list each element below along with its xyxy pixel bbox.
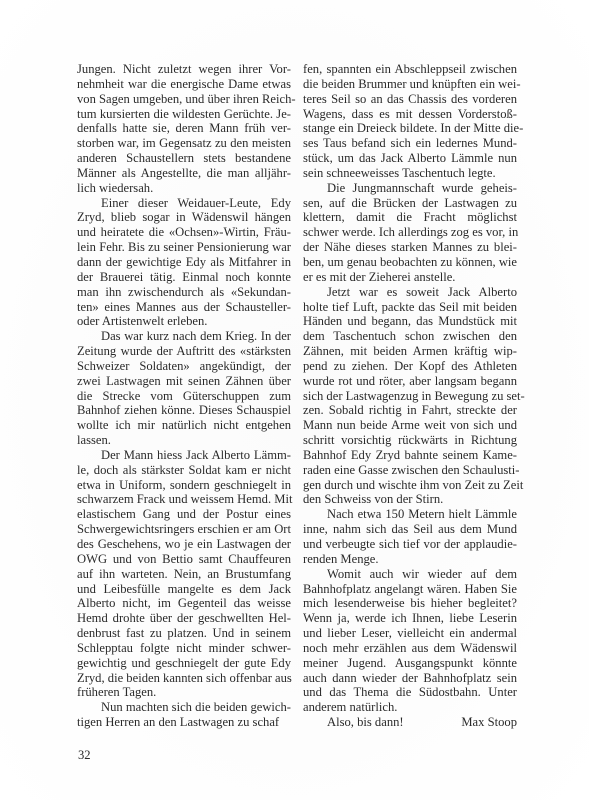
text-line: zwei Lastwagen mit seinen Zähnen über xyxy=(77,374,291,389)
text-line: die beiden Brummer und knüpften ein wei- xyxy=(303,77,517,92)
paragraph-first-line: Die Jungmannschaft wurde geheis- xyxy=(303,181,517,196)
closing-text: Also, bis dann! xyxy=(303,715,404,730)
left-text-column: Jungen. Nicht zuletzt wegen ihrer Vor-ne… xyxy=(77,62,291,730)
text-line: man ihn zwischendurch als «Sekundan- xyxy=(77,285,291,300)
text-line: raden eine Gasse zwischen den Schaulusti… xyxy=(303,463,517,478)
text-line: von Sagen umgeben, und über ihren Reich- xyxy=(77,92,291,107)
author-name: Max Stoop xyxy=(461,715,517,730)
text-line: noch mehr erzählen aus dem Wädenswil xyxy=(303,641,517,656)
text-line: tigen Herren an den Lastwagen zu schaf xyxy=(77,715,291,730)
text-line: teres Seil so an das Chassis des vordere… xyxy=(303,92,517,107)
text-line: lein Fehr. Bis zu seiner Pensionierung w… xyxy=(77,240,291,255)
text-line: und heiratete die «Ochsen»-Wirtin, Fräu- xyxy=(77,225,291,240)
text-line: und lieber Leser, vielleicht ein anderma… xyxy=(303,626,517,641)
text-line: Hemd drohte über der geschwellten Hel- xyxy=(77,611,291,626)
text-line: und verbeugte sich tief vor der applaudi… xyxy=(303,537,517,552)
text-line: Schwergewichtsringers erschien er am Ort xyxy=(77,522,291,537)
text-line: der Brauerei tätig. Einmal noch konnte xyxy=(77,270,291,285)
text-line: wollte ich mir natürlich nicht entgehen xyxy=(77,418,291,433)
text-line: Alberto nicht, im Gegenteil das weisse xyxy=(77,596,291,611)
text-line: Zryd, die beiden kannten sich offenbar a… xyxy=(77,671,291,686)
text-line: Händen und begann, das Mundstück mit xyxy=(303,314,517,329)
text-line: Zähnen, mit beiden Armen kräftig wip- xyxy=(303,344,517,359)
text-line: ten» eines Mannes aus der Schausteller- xyxy=(77,300,291,315)
text-line: klettern, damit die Fracht möglichst xyxy=(303,210,517,225)
text-line: und das Thema die Südostbahn. Unter xyxy=(303,685,517,700)
text-line: schwer werde. Ich allerdings zog es vor,… xyxy=(303,225,517,240)
text-line: storben war, im Gegensatz zu den meisten xyxy=(77,136,291,151)
text-line: dem Taschentuch schon zwischen den xyxy=(303,329,517,344)
text-line: mich lesenderweise bis hieher begleitet? xyxy=(303,596,517,611)
text-line: elastischem Gang und der Postur eines xyxy=(77,507,291,522)
text-line: denbrust fast zu platzen. Und in seinem xyxy=(77,626,291,641)
text-line: le, doch als stärkster Soldat kam er nic… xyxy=(77,463,291,478)
text-line: Wagens, dass es mit dessen Vorderstoß- xyxy=(303,107,517,122)
paragraph-first-line: Der Mann hiess Jack Alberto Lämm- xyxy=(77,448,291,463)
text-line: den Schweiss von der Stirn. xyxy=(303,492,517,507)
text-line: renden Menge. xyxy=(303,552,517,567)
text-line: lich wiedersah. xyxy=(77,181,291,196)
text-line: ben, um genau beobachten zu können, wie xyxy=(303,255,517,270)
text-line: Wenn ja, werde ich Ihnen, liebe Leserin xyxy=(303,611,517,626)
paragraph-first-line: Womit auch wir wieder auf dem xyxy=(303,567,517,582)
text-line: Zeitung wurde der Auftritt des «stärkste… xyxy=(77,344,291,359)
text-line: er es mit der Zieherei anstelle. xyxy=(303,270,517,285)
text-line: auf ihn warteten. Nein, an Brustumfang xyxy=(77,567,291,582)
text-line: stück, um das Jack Alberto Lämmle nun xyxy=(303,151,517,166)
text-line: OWG und von Bettio samt Chauffeuren xyxy=(77,552,291,567)
text-line: gen durch und wischte ihm von Zeit zu Ze… xyxy=(303,478,517,493)
text-line: früheren Tagen. xyxy=(77,685,291,700)
text-line: nehmheit war die energische Dame etwas xyxy=(77,77,291,92)
text-line: Bahnhofplatz angelangt wären. Haben Sie xyxy=(303,582,517,597)
text-line: meiner Jugend. Ausgangspunkt könnte xyxy=(303,656,517,671)
text-line: Bahnhof Edy Zryd bahnte seinem Kame- xyxy=(303,448,517,463)
text-line: Männer als Angestellte, die man alljähr- xyxy=(77,166,291,181)
paragraph-first-line: Nach etwa 150 Metern hielt Lämmle xyxy=(303,507,517,522)
text-line: zen. Sobald richtig in Fahrt, streckte d… xyxy=(303,403,517,418)
text-line: der Nähe dieses starken Mannes zu blei- xyxy=(303,240,517,255)
paragraph-first-line: Jetzt war es soweit Jack Alberto xyxy=(303,285,517,300)
text-line: oder Artistenwelt erleben. xyxy=(77,314,291,329)
paragraph-first-line: Das war kurz nach dem Krieg. In der xyxy=(77,329,291,344)
text-line: wurde rot und röter, aber langsam begann xyxy=(303,374,517,389)
text-line: denfalls hatte sie, deren Mann früh ver- xyxy=(77,121,291,136)
text-line: die Strecke vom Güterschuppen zum xyxy=(77,389,291,404)
paragraph-first-line: Nun machten sich die beiden gewich- xyxy=(77,700,291,715)
right-text-column: fen, spannten ein Abschleppseil zwischen… xyxy=(303,62,517,730)
text-line: des Geschehens, wo je ein Lastwagen der xyxy=(77,537,291,552)
text-line: Jungen. Nicht zuletzt wegen ihrer Vor- xyxy=(77,62,291,77)
text-line: inne, nahm sich das Seil aus dem Mund xyxy=(303,522,517,537)
text-line: pend zu ziehen. Der Kopf des Athleten xyxy=(303,359,517,374)
text-line: und Leibesfülle mangelte es dem Jack xyxy=(77,582,291,597)
text-line: anderem natürlich. xyxy=(303,700,517,715)
text-line: Schweizer Soldaten» angekündigt, der xyxy=(77,359,291,374)
text-line: Schlepptau folgte nicht minder schwer- xyxy=(77,641,291,656)
text-line: tum kursierten die wildesten Gerüchte. J… xyxy=(77,107,291,122)
text-line: ses Taus befand sich ein ledernes Mund- xyxy=(303,136,517,151)
text-line: fen, spannten ein Abschleppseil zwischen xyxy=(303,62,517,77)
text-line: Zryd, blieb sogar in Wädenswil hängen xyxy=(77,210,291,225)
text-line: schritt vorsichtig rückwärts in Richtung xyxy=(303,433,517,448)
paragraph-first-line: Einer dieser Weidauer-Leute, Edy xyxy=(77,196,291,211)
page-number: 32 xyxy=(78,748,91,762)
text-line: gewichtig und geschniegelt der gute Edy xyxy=(77,656,291,671)
book-page: Jungen. Nicht zuletzt wegen ihrer Vor-ne… xyxy=(0,0,589,800)
text-line: sich der Lastwagenzug in Bewegung zu set… xyxy=(303,389,517,404)
text-line: Mann nun beide Arme weit von sich und xyxy=(303,418,517,433)
text-line: etwa in Uniform, sondern geschniegelt in xyxy=(77,478,291,493)
text-line: dann der gewichtige Edy als Mitfahrer in xyxy=(77,255,291,270)
text-line: anderen Schaustellern stets bestandene xyxy=(77,151,291,166)
text-line: stange ein Dreieck bildete. In der Mitte… xyxy=(303,121,517,136)
text-line: lassen. xyxy=(77,433,291,448)
text-line: auch dann wieder der Bahnhofplatz sein xyxy=(303,671,517,686)
text-line: Bahnhof ziehen könne. Dieses Schauspiel xyxy=(77,403,291,418)
text-line: schwarzem Frack und weissem Hemd. Mit xyxy=(77,492,291,507)
text-line: sein schneeweisses Taschentuch legte. xyxy=(303,166,517,181)
text-line: holte tief Luft, packte das Seil mit bei… xyxy=(303,300,517,315)
closing-signature-line: Also, bis dann!Max Stoop xyxy=(303,715,517,730)
text-line: sen, auf die Brücken der Lastwagen zu xyxy=(303,196,517,211)
